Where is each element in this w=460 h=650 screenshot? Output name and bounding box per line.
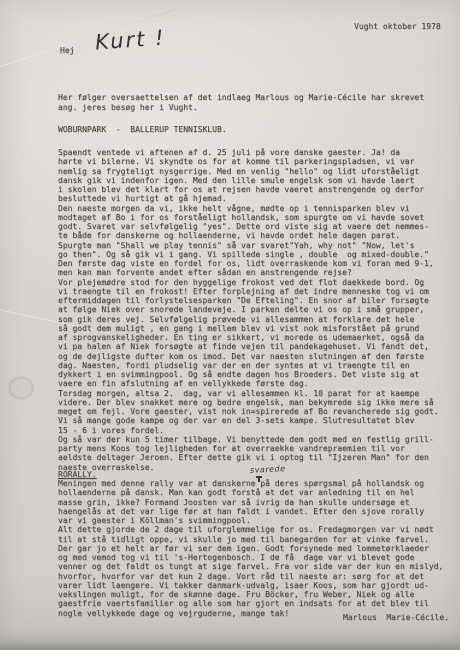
text-line: go then". Og så gik vi i gang. Vi spille… xyxy=(58,250,439,259)
greeting-typed: Hej xyxy=(60,46,74,55)
text-line: aeldste deltager Jeroen. Efter dette gik… xyxy=(58,453,439,462)
body-paragraph-2: Meningen med denne rally var at danskern… xyxy=(58,479,443,618)
text-line: så godt dem muligt , en gang i mellem bl… xyxy=(58,324,439,333)
rally-heading: RORALLY. xyxy=(58,470,97,479)
text-line: dykkert i en svimmingpool. Og så endte d… xyxy=(58,370,439,379)
body-paragraph-1: Spaendt ventede vi aftenen af d. 25 juli… xyxy=(58,148,439,472)
text-line: dag. Naesten, fordi pludselig var der en… xyxy=(58,361,439,370)
text-line: i skolen blev det klart for os at rejsen… xyxy=(58,185,439,194)
signature: Marlous Marie-Cécile. xyxy=(343,613,449,622)
text-line: Der gar jo et helt ar før vi ser dem ige… xyxy=(58,544,443,553)
section-heading: WOBURNPARK - BALLERUP TENNISKLUB. xyxy=(58,125,227,134)
text-line: Den første dag viste en fordel for os, l… xyxy=(58,259,439,268)
text-line: til at stå tidligt oppe, vi skulle jo me… xyxy=(58,535,443,544)
text-line: at følge Niek over snorede landeveje. I … xyxy=(58,305,439,314)
text-line: og de dejligste dufter kom os imod. Det … xyxy=(58,352,439,361)
text-line: vaere en fin afslutning af en vellykkede… xyxy=(58,379,439,388)
text-line: besluttede vi hurtigt at gå hjemad. xyxy=(58,194,439,203)
letter-page: Vught oktober 1978 Hej Kurt ! Her følger… xyxy=(0,0,460,650)
text-line: nemlig sa frygteligt nysgerrige. Med en … xyxy=(58,167,439,176)
handwritten-insertion: svarede xyxy=(250,464,286,475)
greeting-handwritten: Kurt ! xyxy=(94,26,166,55)
text-line: vi traengte til en frokost! Efter forple… xyxy=(58,287,439,296)
text-line: hvorfor, hvorfor var det kun 2 dage. Vor… xyxy=(58,572,443,581)
text-line: te både for danskerne og hollaenderne, v… xyxy=(58,231,439,240)
date-line: Vught oktober 1978 xyxy=(354,22,441,31)
text-line: Den naeste morgen da vi, ikke helt vågne… xyxy=(58,204,439,213)
intro-paragraph: Her følger oversaettelsen af det indlaeg… xyxy=(58,93,424,112)
text-line: varer lidt laengere. Vi takker danmark-u… xyxy=(58,581,443,590)
text-line: haengelås at det var lige før at han fal… xyxy=(58,507,443,516)
text-line: Torsdag morgen, altsa 2. dag, var vi all… xyxy=(58,389,439,398)
text-line: Meningen med denne rally var at danskern… xyxy=(58,479,443,488)
text-line: Og så var der kun 5 timer tilbage. Vi be… xyxy=(58,435,439,444)
text-line: vi pa halen af Niek forsøgte at finde ve… xyxy=(58,342,439,351)
text-line: hørte vi bilerne. Vi skyndte os for at k… xyxy=(58,157,439,166)
text-line: ang. jeres besøg her i Vught. xyxy=(58,103,424,113)
text-line: venner og det faldt os tungt at sige far… xyxy=(58,562,443,571)
text-line: Her følger oversaettelsen af det indlaeg… xyxy=(58,93,424,103)
text-line: var vi gaester i Köllman's svimmingpool. xyxy=(58,516,443,525)
text-line: godt. Svaret var selvfølgelig "yes". Det… xyxy=(58,222,439,231)
text-line: naeste overraskelse. xyxy=(58,463,439,472)
text-line: 15 - 6 i vores fordel. xyxy=(58,426,439,435)
text-line: Vor plejemødre stod for den hyggelige fr… xyxy=(58,278,439,287)
text-line: men kan man forvente andet efter sådan e… xyxy=(58,268,439,277)
text-line: party mens Koos tog lejligheden for at o… xyxy=(58,444,439,453)
text-line: meget om fejl. Vore gaester, vist nok in… xyxy=(58,407,439,416)
text-line: og med vemod tog vi til 's-Hertogenbosch… xyxy=(58,553,443,562)
text-line: masse grin, ikke? Formand Joosten var så… xyxy=(58,498,443,507)
text-line: modtaget af Bo i for os forståeligt holl… xyxy=(58,213,439,222)
text-line: eftermiddagen til forlystelsesparken "De… xyxy=(58,296,439,305)
text-line: Alt dette gjorde de 2 dage til uforglemm… xyxy=(58,525,443,534)
text-line: hollaenderne på dansk. Man kan godt fors… xyxy=(58,488,443,497)
text-line: videre. Der blev snakket mere og bedre e… xyxy=(58,398,439,407)
text-line: gaestfrie vaertsfamilier og alle som har… xyxy=(58,599,443,608)
text-line: Spurgte man "Shall we play tennis" så va… xyxy=(58,241,439,250)
text-line: Vi så mange gode kampe og der var en del… xyxy=(58,416,439,425)
paper-stain xyxy=(8,376,34,400)
text-line: af sprogvanskeligheder. En ting er sikke… xyxy=(58,333,439,342)
text-line: dansk gik vi indenfor igen. Med den lill… xyxy=(58,176,439,185)
text-line: vekslingen muligt, for de skønne dage. F… xyxy=(58,590,443,599)
text-line: som gik deres vej. Selvfølgelig prøvede … xyxy=(58,315,439,324)
page-bottom-edge-shadow xyxy=(0,642,460,650)
text-line: Spaendt ventede vi aftenen af d. 25 juli… xyxy=(58,148,439,157)
